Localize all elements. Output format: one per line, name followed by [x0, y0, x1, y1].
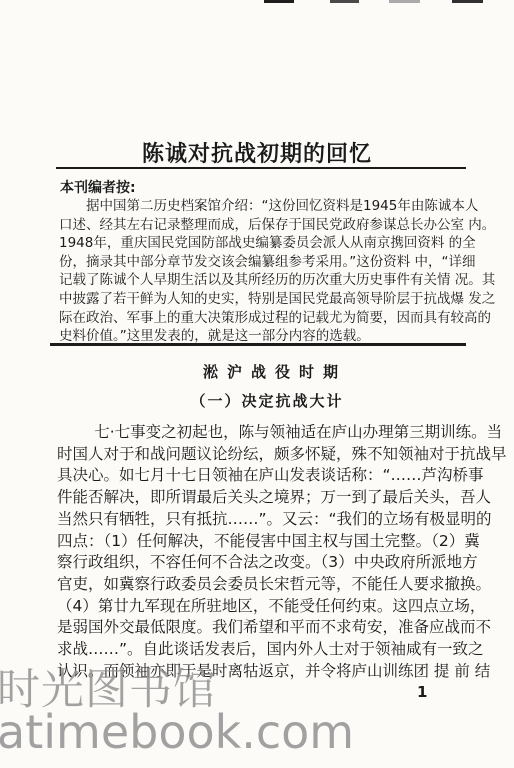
divider-bottom: [50, 343, 466, 346]
note-line: 口述、经其左右记录整理而成，后保存于国民党政府参谋总长办公室 内。: [59, 216, 467, 235]
page-number: 1: [417, 683, 427, 701]
body-line: 件能否解决，即所谓最后关头之境界；万一到了最后关头，吾人: [57, 487, 469, 509]
body-line: 是弱国外交最低限度。我们希望和平而不求苟安，准备应战而不: [57, 617, 469, 639]
note-line: 际在政治、军事上的重大决策形成过程的记载尤为简要，因而具有较高的: [59, 309, 467, 328]
body-line: 官吏，如冀察行政委员会委员长宋哲元等，不能任人要求撤换。: [57, 574, 469, 596]
watermark-site-url: atimebook.com: [0, 705, 354, 759]
body-line: 七·七事变之初起也，陈与领袖适在庐山办理第三期训练。当: [57, 422, 469, 444]
body-line: 时国人对于和战问题议论纷纭，颇多怀疑，殊不知领袖对于抗战早: [57, 444, 469, 466]
scan-artifact-mark: [330, 0, 359, 3]
article-title: 陈诚对抗战初期的回忆: [0, 137, 514, 168]
note-line: 份，摘录其中部分章节发交该会编纂组参考采用。”这份资料 中，“详细: [59, 253, 467, 272]
note-line: 据中国第二历史档案馆介绍：“这份回忆资料是1945年由陈诚本人: [59, 197, 467, 216]
note-line: 中披露了若干鲜为人知的史实，特别是国民党最高领导阶层于抗战爆 发之: [59, 290, 467, 309]
note-line: 记载了陈诚个人早期生活以及其所经历的历次重大历史事件有关情 况。其: [59, 271, 467, 290]
scanned-book-page: 陈诚对抗战初期的回忆 本刊编者按: 据中国第二历史档案馆介绍：“这份回忆资料是1…: [0, 0, 514, 768]
body-line: （4）第廿九军现在所驻地区，不能受任何约束。这四点立场，: [57, 596, 469, 618]
scan-artifact-mark: [389, 0, 420, 3]
editor-note-label: 本刊编者按:: [60, 177, 136, 197]
section-subheading: （一）决定抗战大计: [62, 390, 472, 411]
body-line: 具决心。如七月十七日领袖在庐山发表谈话称：“……芦沟桥事: [57, 465, 469, 487]
note-line: 1948年，重庆国民党国防部战史编纂委员会派人从南京携回资料 的全: [59, 234, 467, 253]
body-paragraph: 七·七事变之初起也，陈与领袖适在庐山办理第三期训练。当时国人对于和战问题议论纷纭…: [57, 422, 469, 682]
editor-note-paragraph: 据中国第二历史档案馆介绍：“这份回忆资料是1945年由陈诚本人口述、经其左右记录…: [59, 197, 467, 346]
divider-top: [56, 167, 466, 169]
body-line: 当然只有牺牲，只有抵抗……”。又云：“我们的立场有极显明的: [57, 509, 469, 531]
scan-artifact-mark: [264, 0, 294, 3]
body-line: 察行政组织，不容任何不合法之改变。（3）中央政府所派地方: [57, 552, 469, 574]
body-line: 四点：（1）任何解决，不能侵害中国主权与国土完整。（2）冀: [57, 531, 469, 553]
scan-artifact-mark: [452, 0, 483, 3]
section-heading: 淞沪战役时期: [70, 361, 480, 382]
